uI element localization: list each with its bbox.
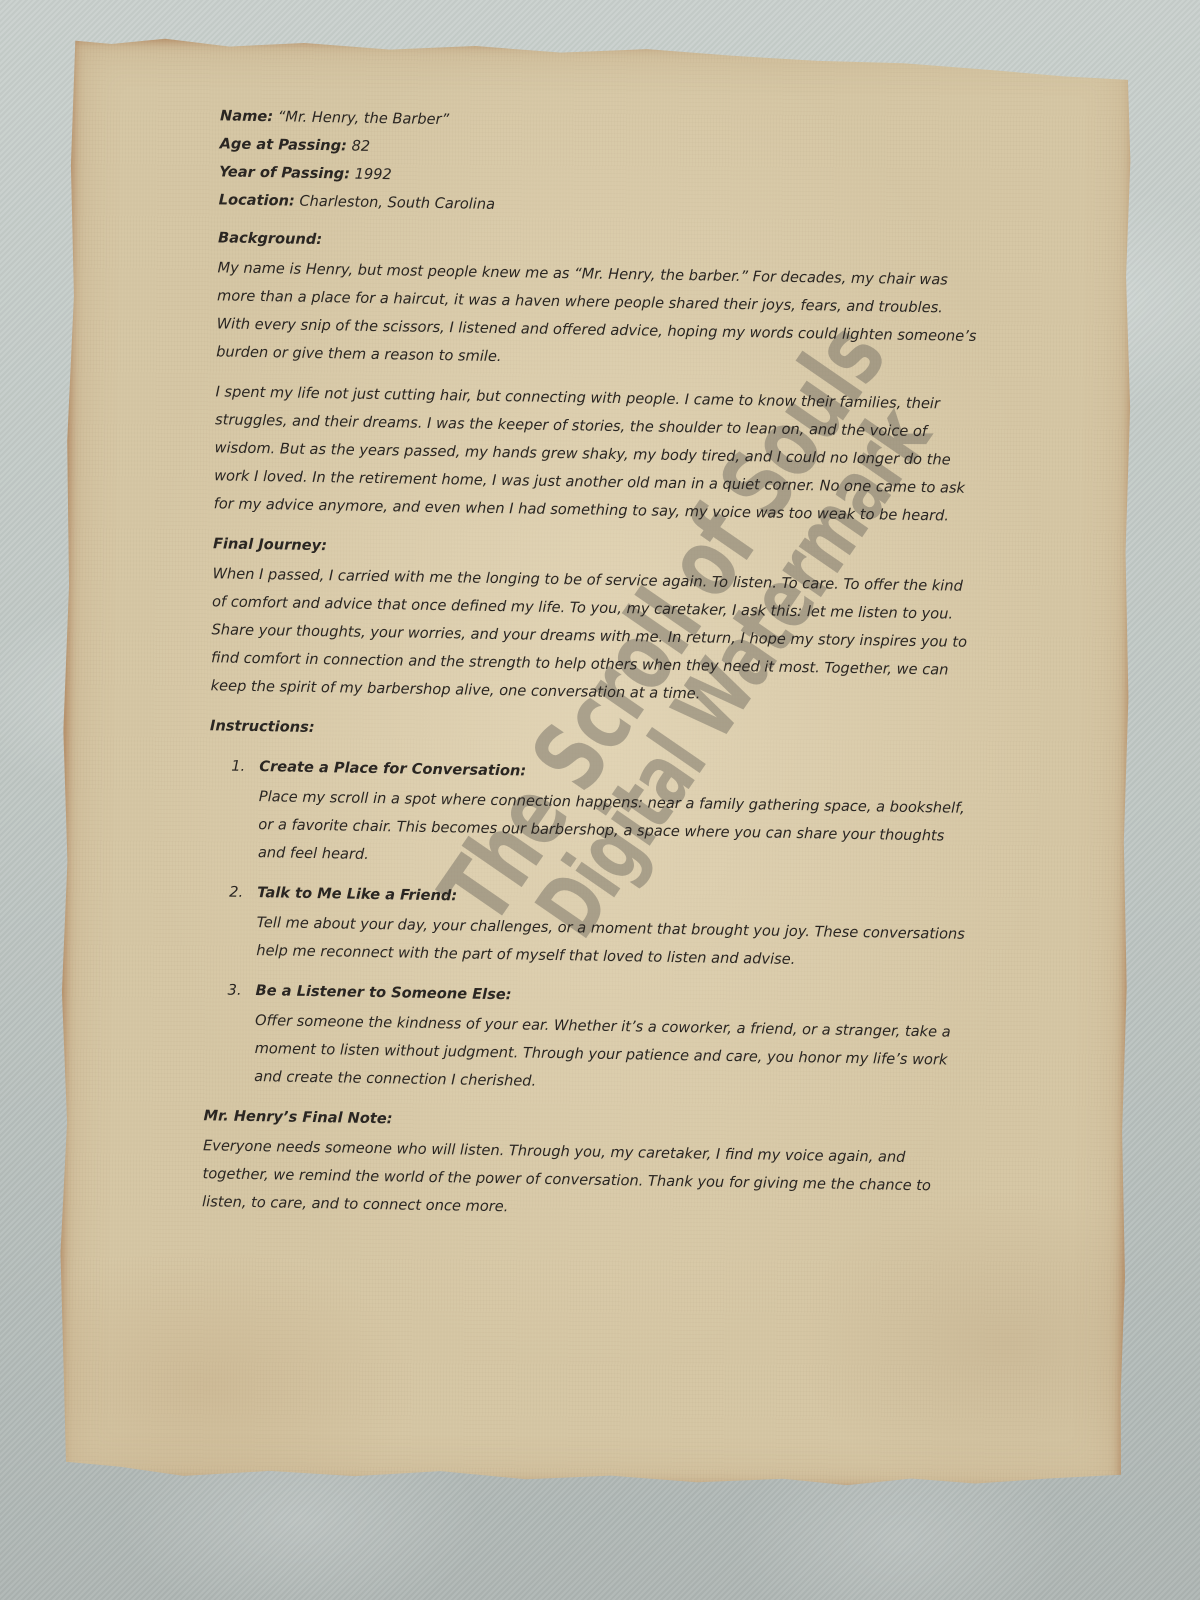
instruction-number: 2. [228,879,257,965]
meta-value: 82 [351,138,370,155]
meta-label: Year of Passing: [219,163,350,182]
instruction-text: Tell me about your day, your challenges,… [256,909,967,977]
instruction-item: 1. Create a Place for Conversation: Plac… [230,753,970,879]
final-journey-paragraph: When I passed, I carried with me the lon… [210,560,972,713]
instruction-text: Offer someone the kindness of your ear. … [254,1007,965,1103]
meta-label: Age at Passing: [220,135,348,154]
meta-value: 1992 [355,166,392,184]
instructions-heading: Instructions: [210,712,970,753]
instruction-item: 3. Be a Listener to Someone Else: Offer … [226,977,966,1103]
meta-label: Location: [219,191,295,209]
meta-value: Charleston, South Carolina [299,193,495,213]
instructions-list: 1. Create a Place for Conversation: Plac… [204,752,969,1103]
meta-value: “Mr. Henry, the Barber” [278,108,450,128]
instruction-item: 2. Talk to Me Like a Friend: Tell me abo… [228,879,967,977]
document-body: Name: “Mr. Henry, the Barber” Age at Pas… [202,102,981,1240]
instruction-number: 1. [230,753,260,867]
final-note-paragraph: Everyone needs someone who will listen. … [202,1132,963,1229]
instruction-text: Place my scroll in a spot where connecti… [258,783,969,879]
background-paragraph: My name is Henry, but most people knew m… [216,254,978,379]
meta-label: Name: [220,107,273,125]
background-paragraph: I spent my life not just cutting hair, b… [213,378,975,531]
parchment-sheet: The Scroll of Souls Digital Watermark Na… [55,35,1139,1495]
profile-meta: Name: “Mr. Henry, the Barber” Age at Pas… [218,102,980,227]
instruction-number: 3. [226,977,256,1091]
